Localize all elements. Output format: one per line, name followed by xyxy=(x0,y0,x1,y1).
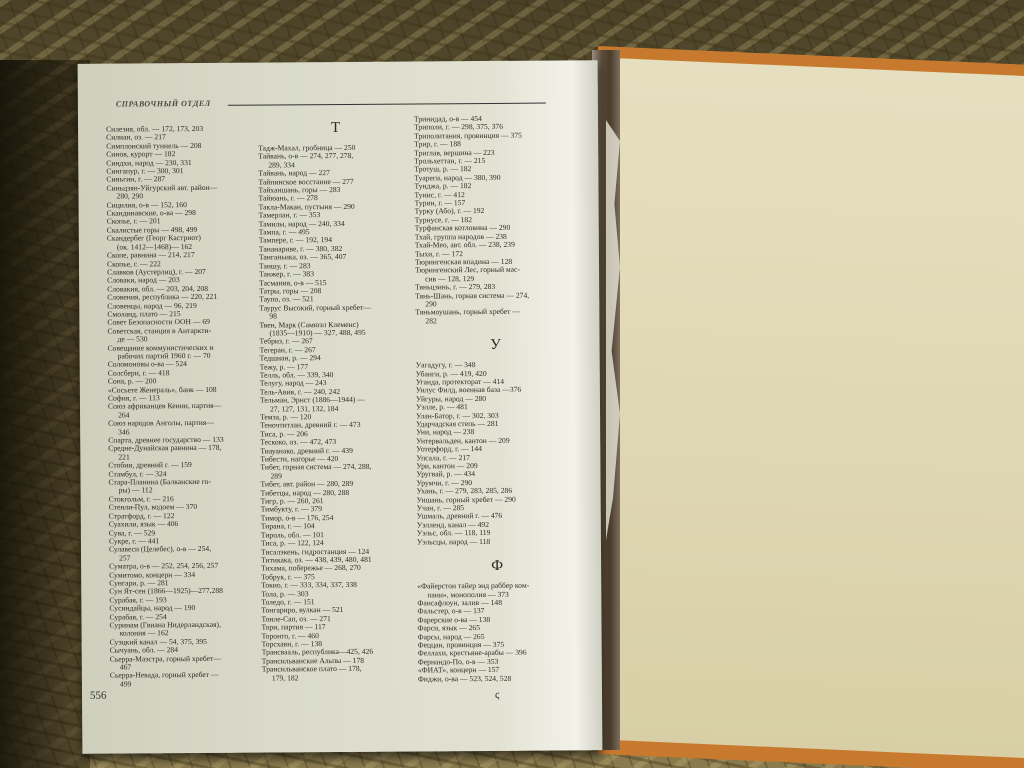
pen-mark: ς xyxy=(495,689,499,701)
section-letter: У xyxy=(416,335,576,356)
running-head: СПРАВОЧНЫЙ ОТДЕЛ xyxy=(116,99,211,109)
index-column-2: ТТадж-Махал, гробница — 250Тайвань, о-в … xyxy=(258,113,417,682)
section-letter: Ф xyxy=(417,555,577,576)
table-shadow xyxy=(0,60,90,768)
index-entry: Фиджи, о-ва — 523, 524, 528 xyxy=(418,674,578,684)
index-page: СПРАВОЧНЫЙ ОТДЕЛ Силезия, обл. — 172, 17… xyxy=(78,60,603,754)
section-letter: Т xyxy=(258,117,413,138)
index-column-1: Силезия, обл. — 172, 173, 203Силиан, оз.… xyxy=(106,125,260,689)
page-number: 556 xyxy=(90,690,107,702)
index-column-3: Тринидад, о-в — 454Триполи, г. — 298, 37… xyxy=(414,114,578,683)
index-entry: 499 xyxy=(110,679,260,688)
endpaper-blank xyxy=(612,58,1024,758)
index-entry: 179, 182 xyxy=(262,673,417,682)
head-rule xyxy=(228,103,546,106)
